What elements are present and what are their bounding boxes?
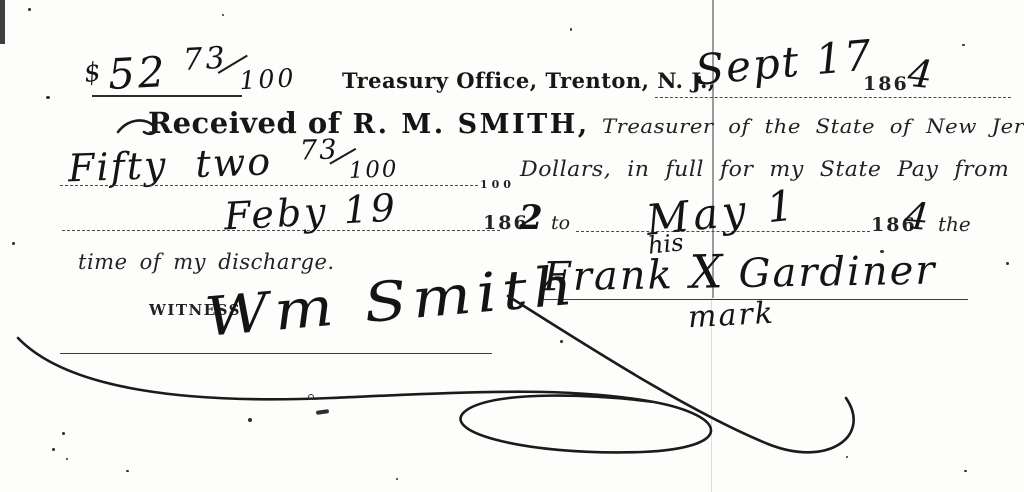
amount-dollar-sign: $ (82, 57, 103, 89)
discharge-clause: time of my discharge. (78, 250, 335, 274)
amount-figures: 52 73100 (107, 37, 298, 102)
scan-speck (62, 432, 65, 435)
scan-speck (748, 118, 750, 120)
scan-speck (570, 28, 572, 31)
the-label: the (938, 212, 971, 236)
scan-speck (846, 456, 848, 458)
amount-words-text: Fifty two (67, 139, 272, 190)
date-rule (655, 97, 1011, 98)
payer-title: Treasurer of the State of New Jersey, (602, 114, 1024, 138)
to-label: to (551, 212, 570, 234)
scan-speck (12, 242, 15, 245)
printed-denominator: 100 (480, 178, 515, 191)
witness-rule (60, 353, 492, 354)
date-year-printed: 186 (863, 73, 909, 95)
signee-last-name: Gardiner (738, 248, 937, 297)
amount-words-denominator: 100 (348, 156, 398, 184)
amount-underline (92, 95, 242, 97)
scan-speck (1006, 262, 1009, 265)
amount-cents: 73 (182, 41, 228, 78)
date-year-digit: 4 (906, 51, 935, 97)
scan-speck (28, 8, 31, 11)
amount-words-rule (60, 185, 478, 186)
receipt-document: $ 52 73100 Treasury Office, Trenton, N. … (0, 0, 1024, 492)
received-line: Received of R. M. SMITH, Treasurer of th… (148, 106, 1024, 140)
dollars-clause: Dollars, in full for my State Pay from (520, 157, 1009, 181)
scan-speck (316, 409, 329, 415)
scan-speck (308, 394, 314, 400)
signee-x-mark: X (689, 244, 723, 299)
scan-edge-mark (0, 0, 5, 44)
scan-speck (964, 470, 967, 472)
from-date: Feby 19 (223, 185, 399, 238)
scan-speck (962, 44, 965, 46)
scan-speck (126, 470, 129, 472)
scan-speck (560, 340, 563, 343)
mark-label: mark (687, 296, 776, 335)
from-year-digit: 2 (519, 198, 543, 238)
to-year-digit: 4 (903, 194, 930, 239)
scan-speck (52, 448, 55, 451)
scan-speck (66, 458, 68, 460)
office-title: Treasury Office, Trenton, N. J., (342, 68, 716, 93)
scan-speck (880, 250, 884, 253)
scan-speck (248, 418, 252, 422)
amount-denominator: 100 (239, 63, 298, 95)
scan-speck (46, 96, 50, 99)
scan-speck (222, 14, 224, 16)
amount-dollars: 52 (107, 47, 169, 99)
scan-speck (396, 478, 398, 480)
signee-signature: Frank X Gardiner (543, 241, 937, 302)
date-handwritten: Sept 17 (693, 30, 875, 94)
